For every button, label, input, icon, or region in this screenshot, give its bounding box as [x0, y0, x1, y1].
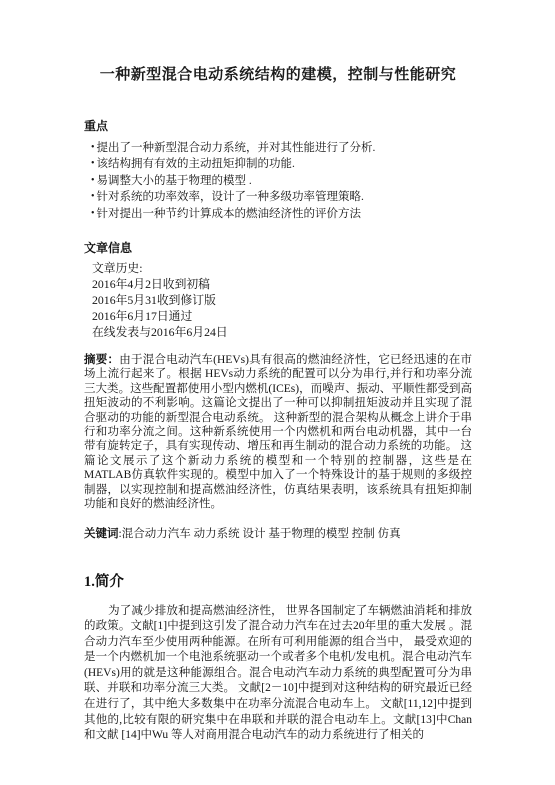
highlight-text: 易调整大小的基于物理的模型 .: [97, 175, 252, 187]
highlights-list: •提出了一种新型混合动力系统，并对其性能进行了分析. •该结构拥有有效的主动扭矩…: [84, 140, 472, 222]
bullet-icon: •: [91, 189, 95, 204]
keywords-text: 混合动力汽车 动力系统 设计 基于物理的模型 控制 仿真: [122, 528, 401, 540]
bullet-icon: •: [91, 206, 95, 221]
article-info-heading: 文章信息: [84, 241, 472, 256]
bullet-icon: •: [91, 156, 95, 171]
section-heading-introduction: 1.简介: [84, 573, 472, 592]
highlight-text: 针对提出一种节约计算成本的燃油经济性的评价方法: [97, 208, 362, 220]
highlight-item: •易调整大小的基于物理的模型 .: [91, 173, 472, 189]
keywords-label: 关键词: [84, 528, 119, 540]
article-history-label: 文章历史:: [92, 260, 472, 276]
history-item: 2016年5月31收到修订版: [92, 292, 472, 308]
abstract-text: 由于混合电动汽车(HEVs)具有很高的燃油经济性，它已经迅速的在市场上流行起来了…: [84, 354, 472, 510]
introduction-paragraph: 为了减少排放和提高燃油经济性， 世界各国制定了车辆燃油消耗和排放的政策。文献[1…: [84, 604, 472, 744]
highlight-item: •针对提出一种节约计算成本的燃油经济性的评价方法: [91, 206, 472, 222]
highlight-item: •提出了一种新型混合动力系统，并对其性能进行了分析.: [91, 140, 472, 156]
history-item: 2016年4月2日收到初稿: [92, 276, 472, 292]
abstract-paragraph: 摘要：由于混合电动汽车(HEVs)具有很高的燃油经济性，它已经迅速的在市场上流行…: [84, 353, 472, 511]
page-title: 一种新型混合电动系统结构的建模，控制与性能研究: [64, 64, 492, 85]
history-item: 在线发表与2016年6月24日: [92, 324, 472, 340]
highlight-text: 针对系统的功率效率，设计了一种多级功率管理策略.: [97, 191, 364, 203]
highlight-item: •该结构拥有有效的主动扭矩抑制的功能.: [91, 156, 472, 172]
history-item: 2016年6月17日通过: [92, 308, 472, 324]
bullet-icon: •: [91, 173, 95, 188]
highlight-item: •针对系统的功率效率，设计了一种多级功率管理策略.: [91, 189, 472, 205]
highlights-heading: 重点: [84, 119, 472, 134]
keywords-line: 关键词:混合动力汽车 动力系统 设计 基于物理的模型 控制 仿真: [84, 527, 472, 542]
highlight-text: 该结构拥有有效的主动扭矩抑制的功能.: [97, 158, 295, 170]
paper-page: 一种新型混合电动系统结构的建模，控制与性能研究 重点 •提出了一种新型混合动力系…: [0, 0, 555, 785]
abstract-label: 摘要：: [84, 354, 119, 366]
bullet-icon: •: [91, 140, 95, 155]
article-history: 文章历史: 2016年4月2日收到初稿 2016年5月31收到修订版 2016年…: [92, 260, 472, 340]
highlight-text: 提出了一种新型混合动力系统，并对其性能进行了分析.: [97, 142, 376, 154]
